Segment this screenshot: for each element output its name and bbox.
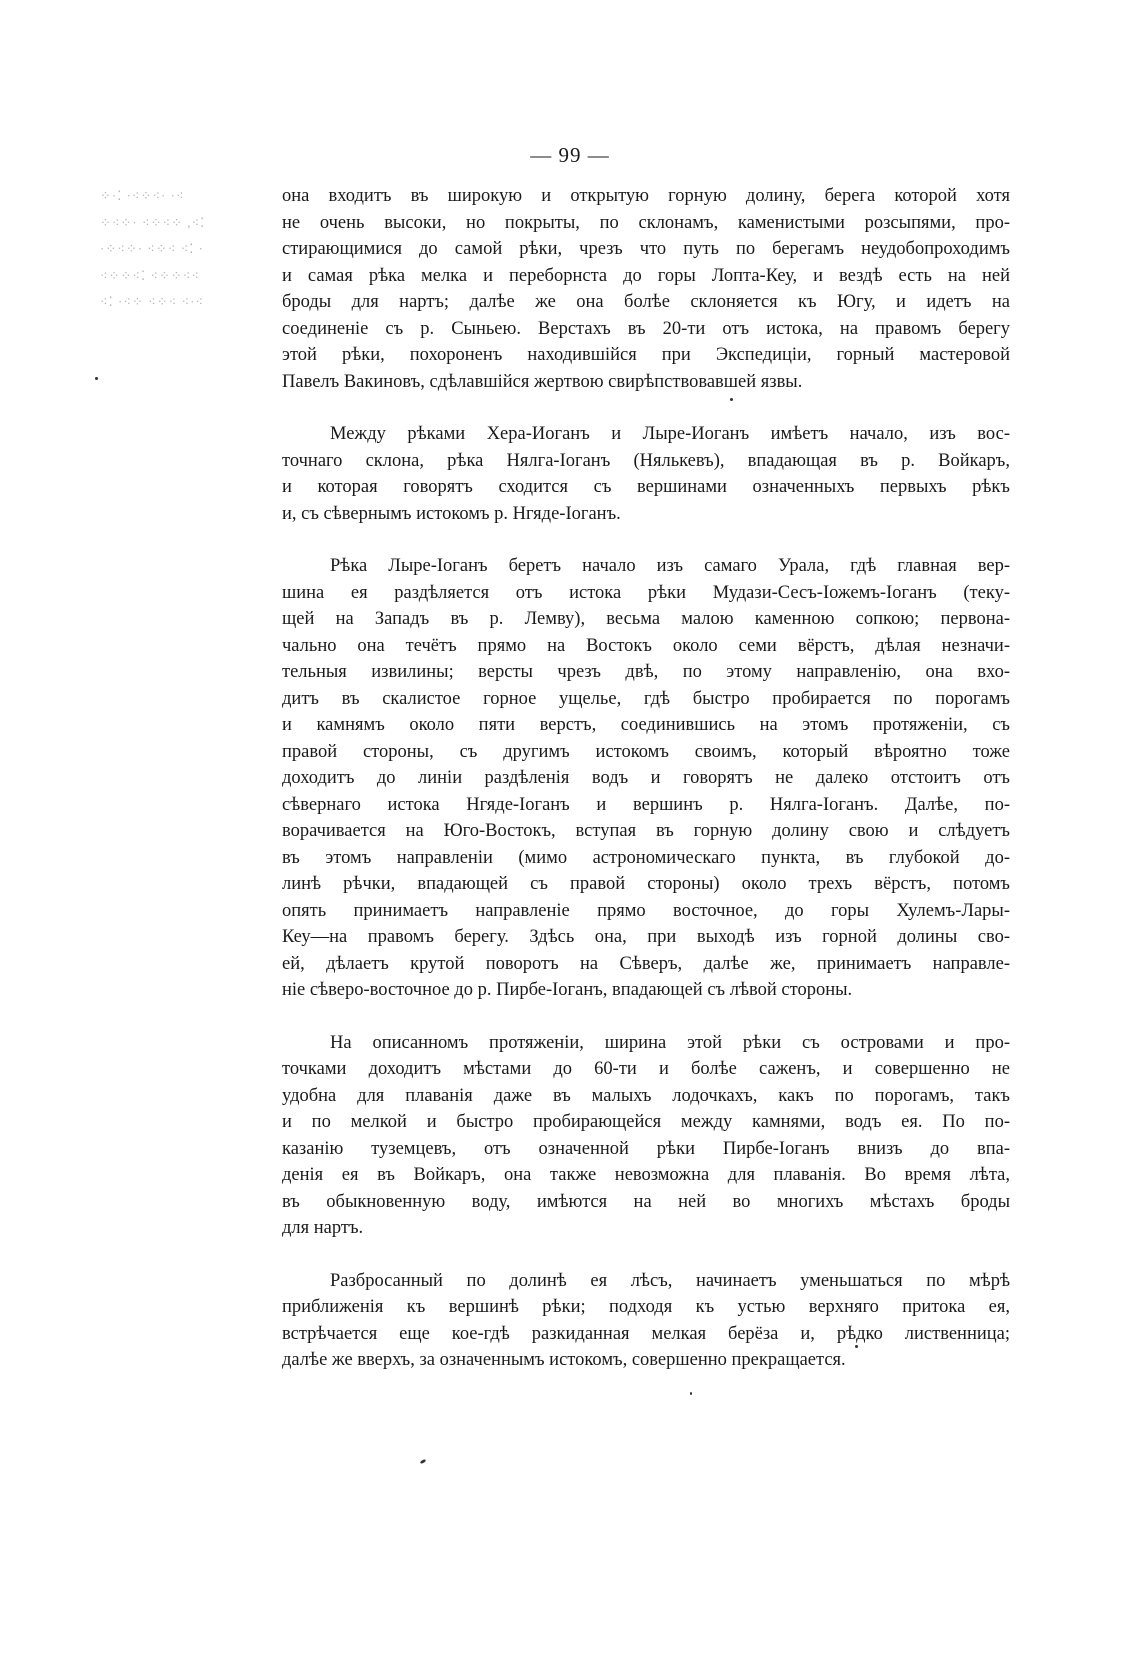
text-line: На описанномъ протяженіи, ширина этой рѣ… <box>282 1030 1010 1057</box>
text-line: ніе сѣверо-восточное до р. Пирбе-Іоганъ,… <box>282 977 1010 1004</box>
text-line: не очень высоки, но покрыты, по склонамъ… <box>282 210 1010 237</box>
text-line: удобна для плаванія даже въ малыхъ лодоч… <box>282 1083 1010 1110</box>
text-line: и камнямъ около пяти верстъ, соединившис… <box>282 712 1010 739</box>
text-line: точками доходитъ мѣстами до 60-ти и болѣ… <box>282 1056 1010 1083</box>
text-line: дитъ въ скалистое горное ущелье, гдѣ быс… <box>282 686 1010 713</box>
print-speck <box>730 398 733 401</box>
paragraph: Между рѣками Хера-Иоганъ и Лыре-Иоганъ и… <box>282 421 1010 527</box>
text-line: точнаго склона, рѣка Нялга-Іоганъ (Няльк… <box>282 448 1010 475</box>
text-line: Рѣка Лыре-Іоганъ беретъ начало изъ самаг… <box>282 553 1010 580</box>
text-line: денія ея въ Войкаръ, она также невозможн… <box>282 1162 1010 1189</box>
text-line: щей на Западъ въ р. Лемву), весьма малою… <box>282 606 1010 633</box>
print-speck <box>95 377 98 380</box>
text-line: ворачивается на Юго-Востокъ, вступая въ … <box>282 818 1010 845</box>
text-line: встрѣчается еще кое-гдѣ разкиданная мелк… <box>282 1321 1010 1348</box>
text-line: правой стороны, съ другимъ истокомъ свои… <box>282 739 1010 766</box>
text-line: и, съ сѣвернымъ истокомъ р. Нгяде-Іоганъ… <box>282 501 1010 528</box>
text-line: Кеу—на правомъ берегу. Здѣсь она, при вы… <box>282 924 1010 951</box>
text-line: для нартъ. <box>282 1215 1010 1242</box>
text-line: стирающимися до самой рѣки, чрезъ что пу… <box>282 236 1010 263</box>
text-line: и по мелкой и быстро пробирающейся между… <box>282 1109 1010 1136</box>
text-line: въ этомъ направленіи (мимо астрономическ… <box>282 845 1010 872</box>
text-line: ей, дѣлаетъ крутой поворотъ на Сѣверъ, д… <box>282 951 1010 978</box>
text-line: приближенія къ вершинѣ рѣки; подходя къ … <box>282 1294 1010 1321</box>
text-line: опять принимаетъ направленіе прямо восто… <box>282 898 1010 925</box>
text-line: Разбросанный по долинѣ ея лѣсъ, начинает… <box>282 1268 1010 1295</box>
text-line: шина ея раздѣляется отъ истока рѣки Муда… <box>282 580 1010 607</box>
text-line: въ обыкновенную воду, имѣются на ней во … <box>282 1189 1010 1216</box>
paragraph: Разбросанный по долинѣ ея лѣсъ, начинает… <box>282 1268 1010 1374</box>
text-line: линѣ рѣчки, впадающей съ правой стороны)… <box>282 871 1010 898</box>
text-line: этой рѣки, похороненъ находившійся при Э… <box>282 342 1010 369</box>
text-column: она входитъ въ широкую и открытую горную… <box>282 183 1010 1400</box>
margin-bleed-through: ⁘·⁚ ·⁖⁘⁖· ·⁖ ⁘⁖⁘· ⁖⁘⁖⁘ ,⁖⁚ ·⁘⁖⁘· ⁖⁘⁖ ⁖⁚ … <box>100 183 280 316</box>
paragraph: она входитъ въ широкую и открытую горную… <box>282 183 1010 395</box>
paragraph: На описанномъ протяженіи, ширина этой рѣ… <box>282 1030 1010 1242</box>
text-line: казанію туземцевъ, отъ означенной рѣки П… <box>282 1136 1010 1163</box>
text-line: Павелъ Вакиновъ, сдѣлавшійся жертвою сви… <box>282 369 1010 396</box>
paragraph: Рѣка Лыре-Іоганъ беретъ начало изъ самаг… <box>282 553 1010 1004</box>
text-line: соединеніе съ р. Сыньею. Верстахъ въ 20-… <box>282 316 1010 343</box>
text-line: чально она течётъ прямо на Востокъ около… <box>282 633 1010 660</box>
print-speck <box>420 1459 427 1465</box>
text-line: сѣвернаго истока Нгяде-Іоганъ и вершинъ … <box>282 792 1010 819</box>
text-line: доходитъ до линіи раздѣленія водъ и гово… <box>282 765 1010 792</box>
text-line: и которая говорятъ сходится съ вершинами… <box>282 474 1010 501</box>
print-speck <box>690 1392 692 1395</box>
text-line: она входитъ въ широкую и открытую горную… <box>282 183 1010 210</box>
text-line: и самая рѣка мелка и переборнста до горы… <box>282 263 1010 290</box>
text-line: тельныя извилины; версты чрезъ двѣ, по э… <box>282 659 1010 686</box>
text-line: броды для нартъ; далѣе же она болѣе скло… <box>282 289 1010 316</box>
text-line: Между рѣками Хера-Иоганъ и Лыре-Иоганъ и… <box>282 421 1010 448</box>
text-line: далѣе же вверхъ, за означеннымъ истокомъ… <box>282 1347 1010 1374</box>
print-speck <box>855 1345 858 1348</box>
page-number: — 99 — <box>0 143 1140 168</box>
